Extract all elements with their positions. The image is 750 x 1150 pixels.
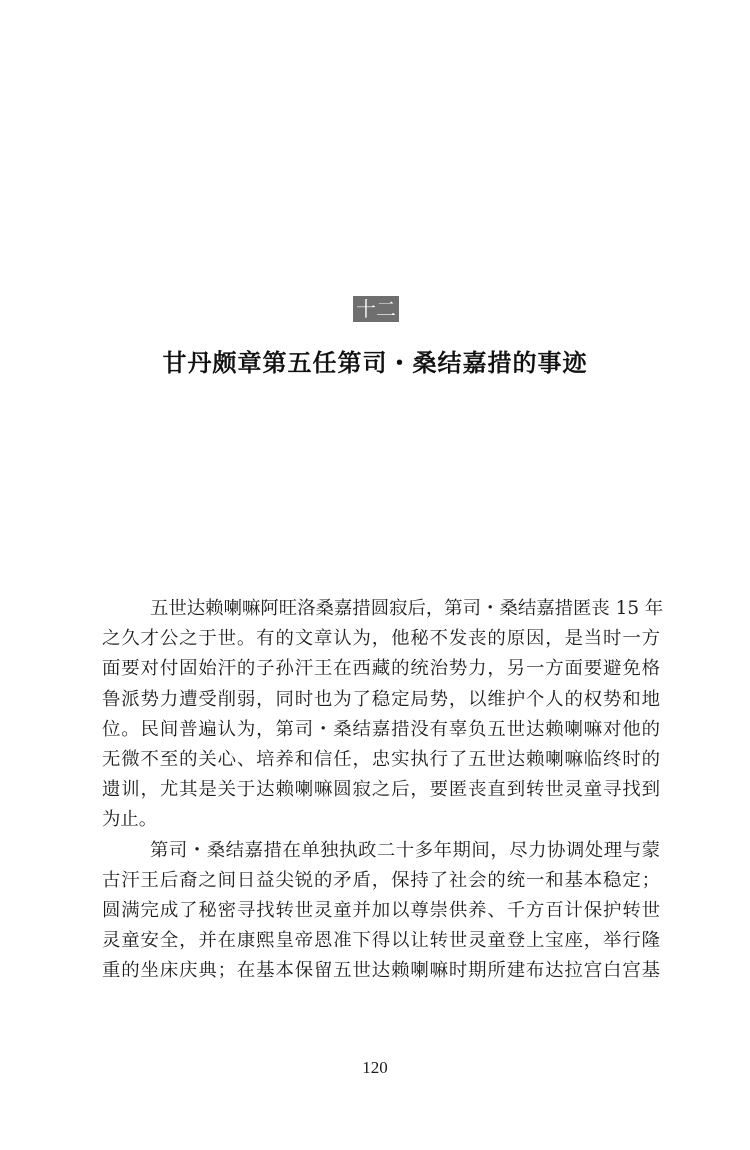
paragraph-1-line-4: 鲁派势力遭受削弱，同时也为了稳定局势，以维护个人的权势和地 [102,685,660,715]
paragraph-1-line-1: 五世达赖喇嘛阿旺洛桑嘉措圆寂后，第司・桑结嘉措匿丧 15 年 [102,594,660,624]
paragraph-2-line-4: 灵童安全，并在康熙皇帝恩准下得以让转世灵童登上宝座，举行隆 [102,926,660,956]
book-page: 十二 甘丹颇章第五任第司・桑结嘉措的事迹 五世达赖喇嘛阿旺洛桑嘉措圆寂后，第司・… [0,0,750,1150]
paragraph-1-line-5: 位。民间普遍认为，第司・桑结嘉措没有辜负五世达赖喇嘛对他的 [102,715,660,745]
paragraph-2-line-3: 圆满完成了秘密寻找转世灵童并加以尊崇供养、千方百计保护转世 [102,896,660,926]
paragraph-2-line-1: 第司・桑结嘉措在单独执政二十多年期间，尽力协调处理与蒙 [102,836,660,866]
paragraph-1-line-3: 面要对付固始汗的子孙汗王在西藏的统治势力，另一方面要避免格 [102,654,660,684]
paragraph-1-line-8: 为止。 [102,805,660,835]
paragraph-1-line-6: 无微不至的关心、培养和信任，忠实执行了五世达赖喇嘛临终时的 [102,745,660,775]
paragraph-1-line-7: 遗训，尤其是关于达赖喇嘛圆寂之后，要匿丧直到转世灵童寻找到 [102,775,660,805]
paragraph-2-line-2: 古汗王后裔之间日益尖锐的矛盾，保持了社会的统一和基本稳定； [102,866,660,896]
paragraph-2-line-5: 重的坐床庆典；在基本保留五世达赖喇嘛时期所建布达拉宫白宫基 [102,956,660,986]
body-text: 五世达赖喇嘛阿旺洛桑嘉措圆寂后，第司・桑结嘉措匿丧 15 年 之久才公之于世。有… [102,594,660,986]
page-number: 120 [0,1056,750,1080]
chapter-title: 甘丹颇章第五任第司・桑结嘉措的事迹 [0,343,750,383]
chapter-number-badge: 十二 [353,296,399,322]
paragraph-1-line-2: 之久才公之于世。有的文章认为，他秘不发丧的原因，是当时一方 [102,624,660,654]
